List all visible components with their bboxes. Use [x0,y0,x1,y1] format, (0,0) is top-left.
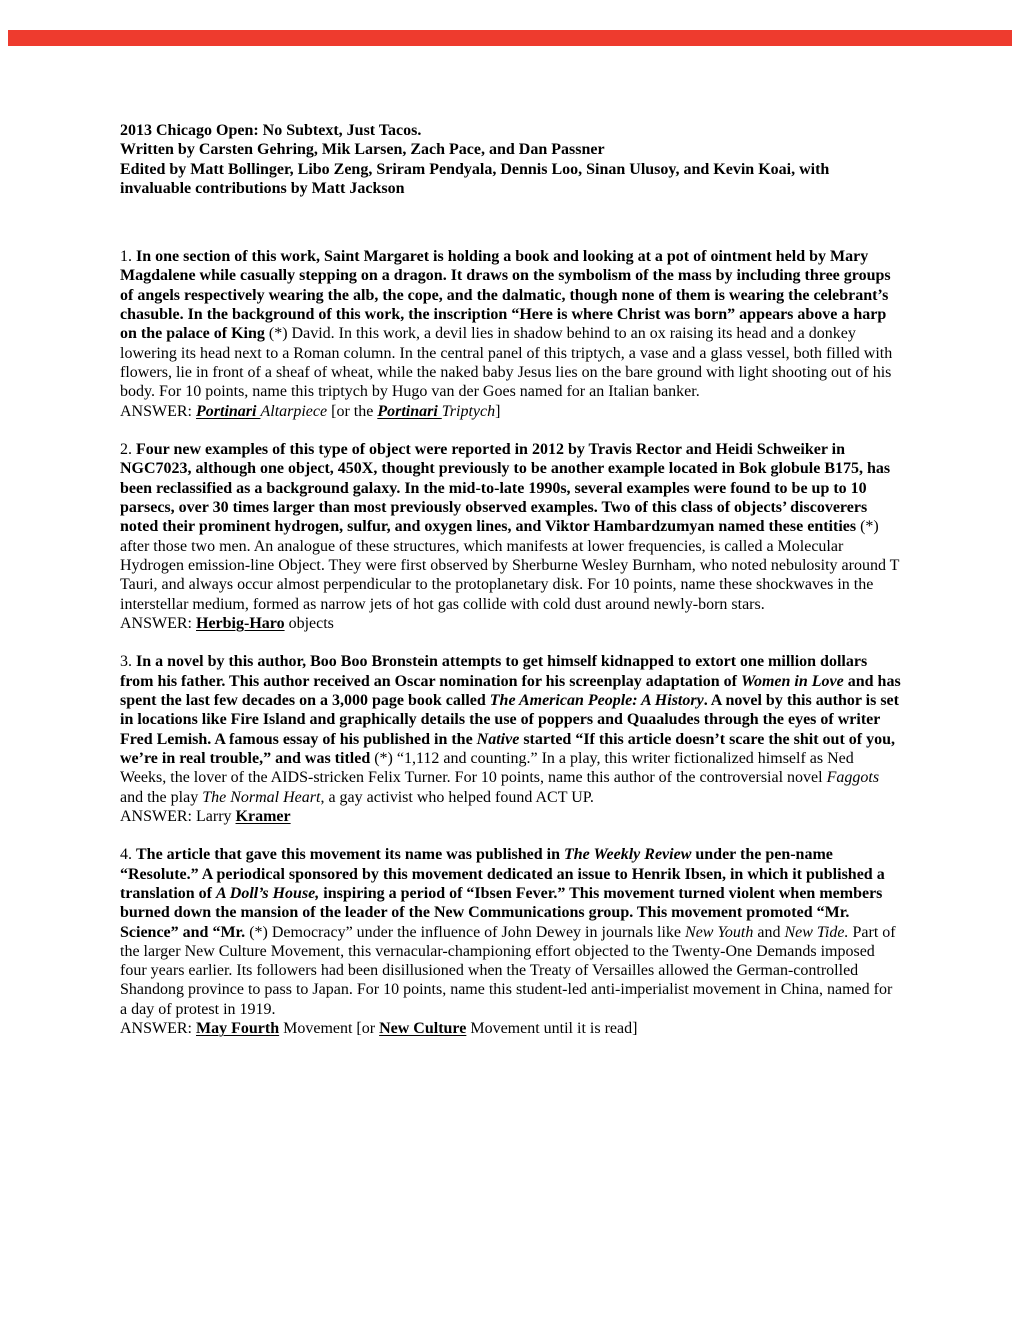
packet-title: 2013 Chicago Open: No Subtext, Just Taco… [120,121,901,140]
text-run: Kramer [236,808,291,825]
edited-by-line: Edited by Matt Bollinger, Libo Zeng, Sri… [120,160,901,199]
text-run: Portinari [196,403,260,420]
question-4-text: 4. The article that gave this movement i… [120,845,901,1019]
text-run: ANSWER: [120,1020,196,1037]
packet-header: 2013 Chicago Open: No Subtext, Just Taco… [120,121,901,198]
red-banner-bar [8,30,1012,46]
answer-3-text: ANSWER: Larry Kramer [120,807,901,826]
text-run: The article that gave this movement its … [136,846,564,863]
question-1-text: 1. In one section of this work, Saint Ma… [120,247,901,401]
text-run: Altarpiece [260,403,327,420]
text-run: [or the [327,403,377,420]
text-run: 1. [120,248,136,265]
text-run: Herbig-Haro [196,615,285,632]
page-content: 2013 Chicago Open: No Subtext, Just Taco… [120,121,901,1058]
text-run: 4. [120,846,136,863]
text-run: Native [477,731,520,748]
text-run: A Doll’s House, [216,885,319,902]
text-run: ANSWER: Larry [120,808,236,825]
answer-2-text: ANSWER: Herbig-Haro objects [120,614,901,633]
written-by-line: Written by Carsten Gehring, Mik Larsen, … [120,140,901,159]
text-run: Portinari [377,403,441,420]
question-3-text: 3. In a novel by this author, Boo Boo Br… [120,652,901,806]
text-run: New Culture [379,1020,466,1037]
text-run: Four new examples of this type of object… [120,441,890,535]
question-block-4: 4. The article that gave this movement i… [120,845,901,1038]
text-run: New Tide. [784,924,848,941]
text-run: The American People: A History [490,692,704,709]
text-run: May Fourth [196,1020,279,1037]
text-run: The Weekly Review [564,846,691,863]
text-run: 3. [120,653,136,670]
text-run: ] [495,403,500,420]
question-2-text: 2. Four new examples of this type of obj… [120,440,901,614]
text-run: Faggots [827,769,879,786]
document-page: { "page": { "background": "#ffffff", "te… [0,0,1020,1320]
question-block-3: 3. In a novel by this author, Boo Boo Br… [120,652,901,826]
answer-1-text: ANSWER: Portinari Altarpiece [or the Por… [120,402,901,421]
text-run: and [753,924,784,941]
text-run: , a gay activist who helped found ACT UP… [320,789,593,806]
text-run: Women in Love [741,673,844,690]
text-run: (*) Democracy” under the influence of Jo… [249,924,685,941]
question-block-1: 1. In one section of this work, Saint Ma… [120,247,901,421]
text-run: Movement [or [279,1020,379,1037]
text-run: ANSWER: [120,615,196,632]
text-run: and the play [120,789,202,806]
answer-4-text: ANSWER: May Fourth Movement [or New Cult… [120,1019,901,1038]
text-run: 2. [120,441,136,458]
question-block-2: 2. Four new examples of this type of obj… [120,440,901,633]
text-run: Movement until it is read] [466,1020,637,1037]
text-run: ANSWER: [120,403,196,420]
text-run: Triptych [442,403,495,420]
text-run: The Normal Heart [202,789,320,806]
text-run: New Youth [685,924,753,941]
text-run: objects [285,615,334,632]
